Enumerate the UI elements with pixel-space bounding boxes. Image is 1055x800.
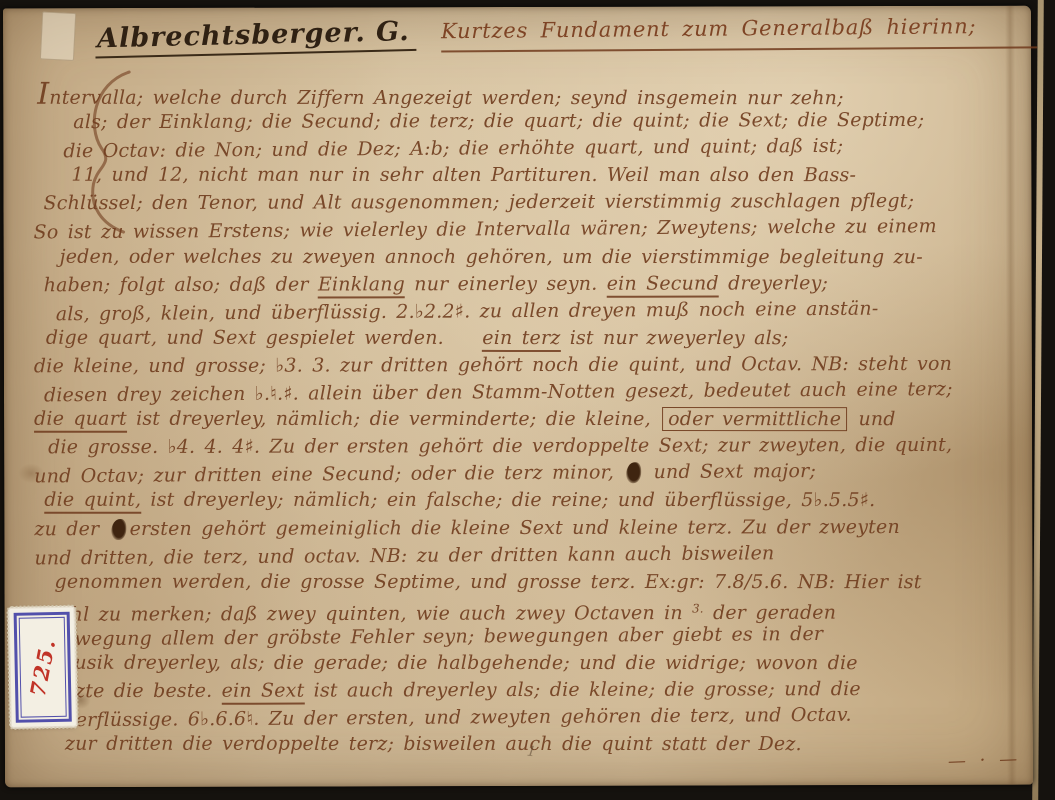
text-segment: und Sext major; (644, 460, 816, 483)
text-segment: ist nur zweyerley als; (560, 327, 788, 349)
text-segment: die kleine, und grosse; ♭3. 3. zur dritt… (34, 353, 952, 377)
text-segment: die Octav: die Non; und die Dez; A:b; di… (63, 135, 843, 162)
manuscript-line: zu der ersten gehört gemeiniglich die kl… (34, 513, 1018, 543)
manuscript-line: genommen werden, die grosse Septime, und… (54, 568, 1018, 596)
text-segment: zur dritten die verdoppelte terz; biswei… (65, 733, 802, 755)
title-underline (441, 46, 1037, 52)
text-segment: genommen werden, die grosse Septime, und… (54, 570, 921, 592)
text-segment: dreyerley; (719, 272, 828, 294)
manuscript-line: haben; folgt also; daß der Einklang nur … (44, 269, 1018, 299)
manuscript-line: So ist zu wissen Erstens; wie vielerley … (33, 213, 1017, 247)
manuscript-line: dige quart, und Sext gespielet werden. e… (46, 325, 1018, 353)
author-heading: Albrechtsberger. G. (95, 16, 416, 59)
text-segment: dige quart, und Sext gespielet werden. (46, 327, 482, 349)
underlined-phrase: die quart (34, 408, 127, 433)
manuscript-line: als, groß, klein, und überflüssig. 2.♭2.… (56, 294, 1018, 328)
text-segment: jeden, oder welches zu zweyen annoch geh… (60, 245, 923, 267)
text-segment: Schlüssel; den Tenor, und Alt ausgenomme… (43, 190, 914, 214)
text-segment: diesen drey zeichen ♭.♮.♯. allein über d… (44, 378, 953, 406)
page-title: Kurtzes Fundament zum Generalbaß hierinn… (441, 14, 1037, 44)
manuscript-line: Intervalla; welche durch Ziffern Angezei… (37, 81, 1017, 109)
text-segment: Lezte die beste. (51, 680, 222, 702)
text-segment: und (849, 408, 895, 430)
manuscript-line: überflüssige. 6♭.6.6♮. Zu der ersten, un… (51, 701, 1019, 735)
manuscript-body: Intervalla; welche durch Ziffern Angezei… (33, 80, 1019, 760)
text-segment: Musik dreyerley, als; die gerade; die ha… (55, 652, 858, 674)
underlined-phrase: Einklang (318, 273, 405, 298)
title-block: Kurtzes Fundament zum Generalbaß hierinn… (441, 14, 1037, 54)
text-segment: Intervalla; welche durch Ziffern Angezei… (37, 87, 844, 109)
manuscript-line: 11, und 12, nicht man nur in sehr alten … (71, 162, 1017, 190)
text-segment: ist dreyerley, nämlich; die verminderte;… (127, 408, 660, 430)
text-segment: 11, und 12, nicht man nur in sehr alten … (71, 164, 856, 186)
manuscript-line: bewegung allem der gröbste Fehler seyn; … (51, 619, 1019, 653)
ink-blot (626, 462, 641, 483)
text-segment: ist auch dreyerley als; die kleine; die … (304, 678, 860, 701)
underlined-phrase: die quint, (44, 489, 141, 514)
end-flourish-mark: — · — (947, 748, 1021, 772)
text-segment: und dritten, die terz, und octav. NB: zu… (34, 542, 774, 569)
adjacent-page-edge (1032, 0, 1044, 800)
tape-remnant (40, 11, 76, 61)
manuscript-line: und Octav; zur dritten eine Secund; oder… (34, 457, 1018, 491)
text-segment: ist dreyerley; nämlich; ein falsche; die… (141, 489, 875, 511)
text-segment: überflüssige. 6♭.6.6♮. Zu der ersten, un… (51, 704, 852, 732)
manuscript-line: und dritten, die terz, und octav. NB: zu… (34, 538, 1018, 572)
manuscript-line: die Octav: die Non; und die Dez; A:b; di… (63, 132, 1017, 166)
manuscript-line: die quart ist dreyerley, nämlich; die ve… (34, 406, 1018, 434)
underlined-phrase: ein Sext (222, 680, 305, 705)
underlined-phrase: ein terz (482, 327, 560, 352)
catalog-stamp: 725. (10, 608, 76, 727)
underlined-phrase: ein Secund (607, 272, 719, 297)
text-segment: und Octav; zur dritten eine Secund; oder… (34, 462, 623, 488)
manuscript-line: die quint, ist dreyerley; nämlich; ein f… (44, 487, 1018, 515)
manuscript-line: Musik dreyerley, als; die gerade; die ha… (55, 650, 1019, 678)
ink-blot (112, 519, 127, 540)
text-segment: als; der Einklang; die Secund; die terz;… (73, 109, 924, 133)
text-segment: So ist zu wissen Erstens; wie vielerley … (33, 216, 936, 244)
text-segment: zu der (34, 518, 108, 540)
manuscript-line: diesen drey zeichen ♭.♮.♯. allein über d… (44, 376, 1018, 410)
text-segment: ersten gehört gemeiniglich die kleine Se… (130, 516, 900, 540)
text-segment: 3. (692, 601, 704, 615)
manuscript-line: zur dritten die verdoppelte terz; biswei… (65, 731, 1019, 759)
boxed-phrase: oder vermittliche (662, 407, 847, 431)
text-segment: haben; folgt also; daß der (44, 273, 318, 296)
text-segment: nur einerley seyn. (405, 272, 607, 295)
manuscript-line: jeden, oder welches zu zweyen annoch geh… (60, 243, 1018, 271)
manuscript-page: Albrechtsberger. G. Kurtzes Fundament zu… (3, 6, 1033, 788)
text-segment: als, groß, klein, und überflüssig. 2.♭2.… (56, 297, 879, 325)
text-segment: bewegung allem der gröbste Fehler seyn; … (51, 623, 824, 650)
text-segment: die grosse. ♭4. 4. 4♯. Zu der ersten geh… (48, 434, 952, 458)
